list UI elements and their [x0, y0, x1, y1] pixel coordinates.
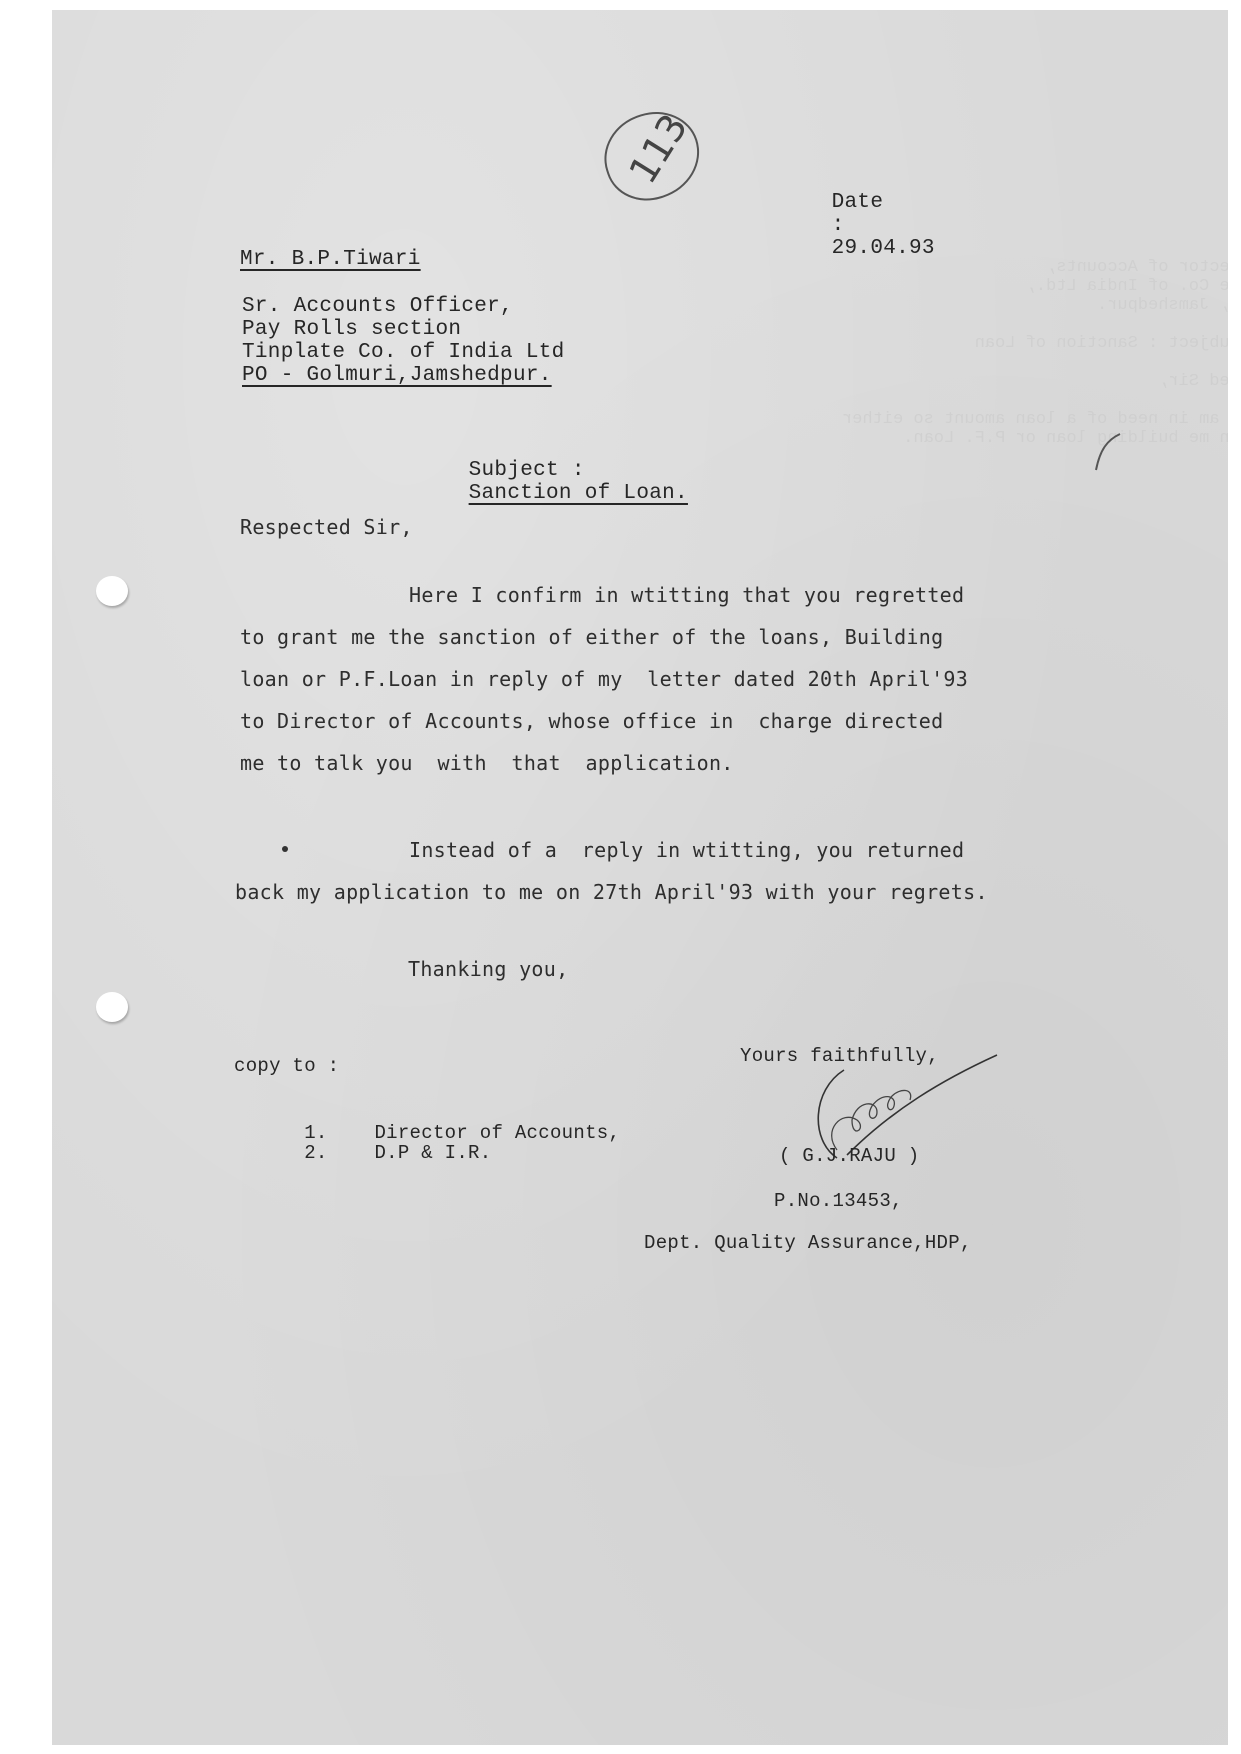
punch-hole-top	[96, 576, 128, 606]
bleed-through-text: The Director of Accounts, Tinplate Co. o…	[842, 258, 1228, 448]
bullet-mark	[282, 846, 288, 852]
department: Dept. Quality Assurance,HDP,	[644, 1232, 972, 1254]
date-label: Date	[832, 191, 884, 214]
salutation: Respected Sir,	[240, 515, 413, 539]
scanned-letter-page: The Director of Accounts, Tinplate Co. o…	[52, 10, 1228, 1745]
signatory-name: ( G.J.RAJU )	[779, 1145, 919, 1167]
paragraph-line: Instead of a reply in wtitting, you retu…	[409, 838, 964, 862]
address-line: Pay Rolls section	[242, 318, 461, 341]
paragraph-line: Here I confirm in wtitting that you regr…	[409, 583, 964, 607]
closing-thanks: Thanking you,	[408, 957, 568, 981]
copy-to-label: copy to :	[234, 1055, 339, 1077]
address-line: Tinplate Co. of India Ltd	[242, 341, 565, 364]
paragraph-line: me to talk you with that application.	[240, 751, 734, 775]
page-number: 113	[620, 106, 696, 191]
paragraph-line: loan or P.F.Loan in reply of my letter d…	[240, 667, 968, 691]
address-line: PO - Golmuri,Jamshedpur.	[242, 364, 552, 387]
paragraph-line: back my application to me on 27th April'…	[235, 880, 988, 904]
handwritten-signature	[782, 1040, 1002, 1160]
address-line: Sr. Accounts Officer,	[242, 295, 513, 318]
personnel-number: P.No.13453,	[774, 1190, 903, 1212]
paragraph-line: to Director of Accounts, whose office in…	[240, 709, 943, 733]
subject-line: Subject : Sanction of Loan.	[417, 436, 688, 528]
handwritten-page-number-stamp: 113	[593, 100, 711, 211]
subject-label: Subject :	[469, 459, 585, 482]
paragraph-line: to grant me the sanction of either of th…	[240, 625, 943, 649]
recipient-name: Mr. B.P.Tiwari	[240, 248, 421, 271]
date-line: Date : 29.04.93	[780, 168, 935, 283]
date-separator: :	[832, 214, 845, 237]
punch-hole-bottom	[96, 992, 128, 1022]
margin-pen-mark	[1082, 430, 1122, 480]
date-value: 29.04.93	[832, 237, 935, 260]
subject-text: Sanction of Loan.	[469, 482, 688, 505]
copy-to-item: 2. D.P & I.R.	[234, 1120, 491, 1186]
